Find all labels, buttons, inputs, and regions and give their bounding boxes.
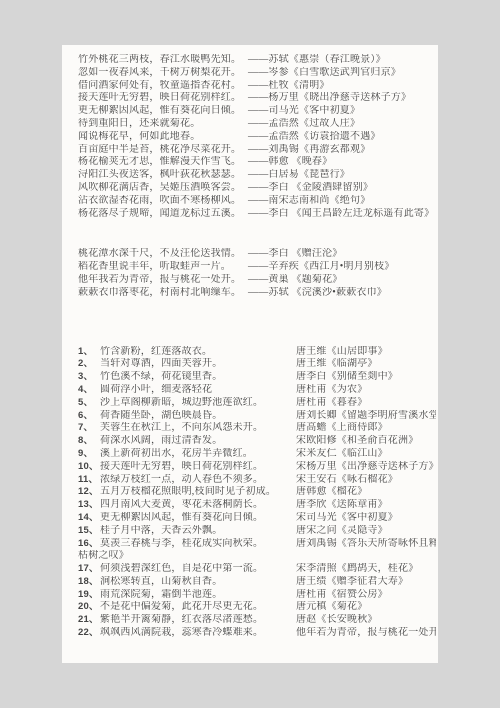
poem-verse: 沾衣欲湿杏花雨，吹面不寒杨柳风。 — [78, 195, 248, 208]
poem-verse: 芙蓉生在秋江上，不向东风怨未开。 — [100, 422, 296, 435]
poem-quote-line: 风吹柳花满店香，吴姬压酒唤客尝。——李白 《金陵酒肆留别》 — [78, 182, 436, 195]
poem-quote-line: 桃花潭水深千尺，不及汪伦送我情。——李白 《赠汪沦》 — [78, 248, 436, 261]
poem-verse: 浓绿万枝红一点，动人春色不须多。 — [100, 474, 296, 487]
poem-verse: 沙上草阁柳新暗，城边野池莲欲红。 — [100, 397, 296, 410]
list-item-number: 18、 — [78, 576, 100, 589]
list-item-number: 14、 — [78, 512, 100, 525]
poem-verse: 当轩对尊酒，四面芙蓉开。 — [100, 358, 296, 371]
poem-attribution: 宋李清照《鹧鸪天，桂花》 — [296, 563, 418, 574]
numbered-poem-line: 12、五月万枝榴花照眼明,枝间时见子初成。唐韩愈《榴花》 — [78, 486, 436, 499]
poem-attribution: 唐王绩《赠李征君大寿》 — [296, 576, 408, 587]
list-item-number: 22、 — [78, 627, 100, 640]
poem-attribution: ——杨万里《晓出净慈寺送林子方》 — [248, 92, 411, 103]
poem-verse: 杨花榆荚无才思，惟解漫天作雪飞。 — [78, 156, 248, 169]
poem-verse: 竹色溪不绿，荷花镜里香。 — [100, 371, 296, 384]
list-item-number: 21、 — [78, 614, 100, 627]
poem-verse: 雨荒深院菊，霜倒半池莲。 — [100, 589, 296, 602]
poem-verse: 待到重阳日，还来就菊花。 — [78, 118, 248, 131]
list-item-number: 7、 — [78, 422, 100, 435]
poem-quote-line: 竹外桃花三两枝，春江水暖鸭先知。——苏轼《惠崇（春江晚景）》 — [78, 54, 436, 67]
poem-verse: 浔阳江头夜送客，枫叶荻花秋瑟瑟。 — [78, 169, 248, 182]
poem-verse: 接天莲叶无穷碧，映日荷花别样红。 — [100, 461, 296, 474]
list-item-number: 5、 — [78, 397, 100, 410]
poem-attribution: 唐宋之问《灵隐寺》 — [296, 525, 388, 536]
poem-verse: 杨花落尽子规啼，闻道龙标过五溪。 — [78, 208, 248, 221]
list-item-number: 20、 — [78, 601, 100, 614]
numbered-poem-line: 4、圆荷浮小叶，细麦落轻花唐杜甫《为农》 — [78, 384, 436, 397]
poem-attribution: 宋王安石《咏石榴花》 — [296, 474, 398, 485]
poem-attribution: ——南宋志南和尚《绝句》 — [248, 195, 370, 206]
numbered-poem-line: 11、浓绿万枝红一点，动人春色不须多。宋王安石《咏石榴花》 — [78, 474, 436, 487]
list-item-number: 3、 — [78, 371, 100, 384]
poem-verse: 何须浅碧深红色，自是花中第一流。 — [100, 563, 296, 576]
poem-quote-line: 杨花榆荚无才思，惟解漫天作雪飞。——韩愈 《晚春》 — [78, 156, 436, 169]
list-item-number: 1、 — [78, 346, 100, 359]
numbered-poem-line: 14、更无柳絮因风起，惟有葵花向日倾。宋司马光《客中初夏》 — [78, 512, 436, 525]
poem-quote-line: 忽如一夜春风来，千树万树梨花开。——岑参《白雪歌送武判官归京》 — [78, 67, 436, 80]
poem-attribution: 唐杜甫《为农》 — [296, 384, 367, 395]
poem-verse: 更无柳絮因风起，惟有葵花向日倾。 — [100, 512, 296, 525]
poem-attribution: 唐元稹《菊花》 — [296, 601, 367, 612]
poem-attribution: ——岑参《白雪歌送武判官归京》 — [248, 67, 401, 78]
poem-quote-line: 浔阳江头夜送客，枫叶荻花秋瑟瑟。——白居易《琵琶行》 — [78, 169, 436, 182]
poem-verse: 莫羡三春桃与李，桂花成实向秋荣。 — [100, 538, 296, 551]
poem-verse: 荷香随坐卧，湖色映晨昏。 — [100, 410, 296, 423]
poem-quote-line: 更无柳絮因风起，惟有葵花向日倾。——司马光《客中初夏》 — [78, 105, 436, 118]
poem-quote-line: 稻花香里说丰年，听取蛙声一片。——辛弃疾《西江月•明月别枝》 — [78, 261, 436, 274]
poem-verse: 蔌蔌衣巾落枣花，村南村北响缫车。 — [78, 287, 248, 300]
numbered-poem-line: 6、荷香随坐卧，湖色映晨昏。唐刘长卿《留题李明府雪溪水堂》 — [78, 410, 436, 423]
poem-verse: 竹含新粉，红莲落故衣。 — [100, 346, 296, 359]
list-item-number: 10、 — [78, 461, 100, 474]
poem-attribution: ——黄巢 《题菊花》 — [248, 274, 343, 285]
poem-quote-line: 沾衣欲湿杏花雨，吹面不寒杨柳风。——南宋志南和尚《绝句》 — [78, 195, 436, 208]
list-item-number: 4、 — [78, 384, 100, 397]
poem-verse: 涧松寒转直，山菊秋自香。 — [100, 576, 296, 589]
poem-verse: 接天莲叶无穷碧，映日荷花别样红。 — [78, 92, 248, 105]
list-item-number: 6、 — [78, 410, 100, 423]
numbered-poem-line: 22、飒飒西风满院栽，蕊寒香冷蝶难来。他年若为青帝，报与桃花一处开。 — [78, 627, 436, 640]
poem-attribution: ——孟浩然《访袁拾遗不遇》 — [248, 131, 381, 142]
numbered-poem-line: 3、竹色溪不绿，荷花镜里香。唐李白《别储至剡中》 — [78, 371, 436, 384]
list-item-number: 11、 — [78, 474, 100, 487]
poem-verse: 溪上新荷初出水，花房半弄微红。 — [100, 448, 296, 461]
poem-attribution: 唐赵《长安晚秋》 — [296, 614, 378, 625]
numbered-poem-line: 13、四月南风大麦黄，枣花未落桐荫长。唐李欣《送陈章甫》 — [78, 499, 436, 512]
numbered-poem-line: 17、何须浅碧深红色，自是花中第一流。宋李清照《鹧鸪天，桂花》 — [78, 563, 436, 576]
poem-verse: 闻说梅花早，何如此地春。 — [78, 131, 248, 144]
numbered-poem-line: 10、接天莲叶无穷碧，映日荷花别样红。宋杨万里《出净慈寺送林子方》 — [78, 461, 436, 474]
scan-background: 竹外桃花三两枝，春江水暖鸭先知。——苏轼《惠崇（春江晚景）》 忽如一夜春风来，千… — [0, 0, 500, 708]
list-item-number: 13、 — [78, 499, 100, 512]
list-item-number: 8、 — [78, 435, 100, 448]
poem-quote-line: 杨花落尽子规啼，闻道龙标过五溪。——李白 《闻王昌龄左迁龙标遥有此寄》 — [78, 208, 436, 221]
poem-quote-line: 接天莲叶无穷碧，映日荷花别样红。——杨万里《晓出净慈寺送林子方》 — [78, 92, 436, 105]
poem-attribution: 唐韩愈《榴花》 — [296, 486, 367, 497]
poem-attribution: ——苏轼《惠崇（春江晚景）》 — [248, 54, 386, 65]
poem-attribution: ——孟浩然《过故人庄》 — [248, 118, 360, 129]
poem-verse: 五月万枝榴花照眼明,枝间时见子初成。 — [100, 486, 296, 499]
poem-verse: 飒飒西风满院栽，蕊寒香冷蝶难来。 — [100, 627, 296, 640]
poem-verse: 风吹柳花满店香，吴姬压酒唤客尝。 — [78, 182, 248, 195]
numbered-poem-line: 5、沙上草阁柳新暗，城边野池莲欲红。唐杜甫《暮春》 — [78, 397, 436, 410]
list-item-number: 17、 — [78, 563, 100, 576]
poem-verse: 借问酒家何处有，牧童遥指杏花村。 — [78, 80, 248, 93]
list-item-number: 2、 — [78, 358, 100, 371]
document-content: 竹外桃花三两枝，春江水暖鸭先知。——苏轼《惠崇（春江晚景）》 忽如一夜春风来，千… — [78, 54, 436, 640]
section-spring-flower-couplets: 竹外桃花三两枝，春江水暖鸭先知。——苏轼《惠崇（春江晚景）》 忽如一夜春风来，千… — [78, 54, 436, 220]
list-item-number: 16、 — [78, 538, 100, 551]
poem-attribution: 唐杜甫《暮春》 — [296, 397, 367, 408]
poem-verse: 忽如一夜春风来，千树万树梨花开。 — [78, 67, 248, 80]
poem-attribution: ——刘禹锡《再游玄都观》 — [248, 144, 370, 155]
list-item-number: 19、 — [78, 589, 100, 602]
poem-quote-line: 他年我若为青帝，报与桃花一处开。——黄巢 《题菊花》 — [78, 274, 436, 287]
list-item-number: 12、 — [78, 486, 100, 499]
numbered-poem-line: 2、当轩对尊酒，四面芙蓉开。唐王维《临湖亭》 — [78, 358, 436, 371]
poem-attribution: 唐李白《别储至剡中》 — [296, 371, 398, 382]
poem-attribution: 宋米友仁《临江山》 — [296, 448, 388, 459]
poem-attribution: 唐王维《山居即事》 — [296, 346, 388, 357]
poem-verse: 枯树之叹》 — [78, 550, 274, 563]
list-item-number: 9、 — [78, 448, 100, 461]
section-flower-couplets-continued: 桃花潭水深千尺，不及汪伦送我情。——李白 《赠汪沦》 稻花香里说丰年，听取蛙声一… — [78, 248, 436, 299]
poem-quote-line: 待到重阳日，还来就菊花。——孟浩然《过故人庄》 — [78, 118, 436, 131]
numbered-poem-line: 18、涧松寒转直，山菊秋自香。唐王绩《赠李征君大寿》 — [78, 576, 436, 589]
numbered-poem-line: 8、荷深水风阔，雨过清香发。宋欧阳修《和圣俞百花洲》 — [78, 435, 436, 448]
numbered-poem-line: 20、不是花中偏爱菊，此花开尽更无花。唐元稹《菊花》 — [78, 601, 436, 614]
poem-verse: 圆荷浮小叶，细麦落轻花 — [100, 384, 296, 397]
poem-attribution: ——李白 《金陵酒肆留别》 — [248, 182, 373, 193]
poem-attribution: ——白居易《琵琶行》 — [248, 169, 350, 180]
poem-verse: 四月南风大麦黄，枣花未落桐荫长。 — [100, 499, 296, 512]
poem-attribution: ——李白 《闻王昌龄左迁龙标遥有此寄》 — [248, 208, 434, 219]
poem-attribution: 宋欧阳修《和圣俞百花洲》 — [296, 435, 418, 446]
numbered-poem-line: 15、桂子月中落，天香云外飘。唐宋之问《灵隐寺》 — [78, 525, 436, 538]
poem-attribution: 宋司马光《客中初夏》 — [296, 512, 398, 523]
numbered-poem-line: 16、莫羡三春桃与李，桂花成实向秋荣。唐刘禹锡《答乐天所寄咏怀且释其 — [78, 538, 436, 551]
poem-attribution: ——韩愈 《晚春》 — [248, 156, 332, 167]
poem-quote-line: 百亩庭中半是苔，桃花净尽菜花开。——刘禹锡《再游玄都观》 — [78, 144, 436, 157]
numbered-poem-line: 1、竹含新粉，红莲落故衣。唐王维《山居即事》 — [78, 346, 436, 359]
poem-quote-line: 蔌蔌衣巾落枣花，村南村北响缫车。——苏轼 《浣溪沙•蔌蔌衣巾》 — [78, 287, 436, 300]
poem-attribution: 唐刘长卿《留题李明府雪溪水堂》 — [296, 410, 436, 421]
poem-attribution: ——苏轼 《浣溪沙•蔌蔌衣巾》 — [248, 287, 387, 298]
numbered-poem-line: 枯树之叹》 — [78, 550, 436, 563]
poem-verse: 桂子月中落，天香云外飘。 — [100, 525, 296, 538]
poem-verse: 荷深水风阔，雨过清香发。 — [100, 435, 296, 448]
poem-verse: 百亩庭中半是苔，桃花净尽菜花开。 — [78, 144, 248, 157]
poem-verse: 他年我若为青帝，报与桃花一处开。 — [78, 274, 248, 287]
poem-attribution: ——辛弃疾《西江月•明月别枝》 — [248, 261, 395, 272]
poem-verse: 桃花潭水深千尺，不及汪伦送我情。 — [78, 248, 248, 261]
poem-attribution: 唐王维《临湖亭》 — [296, 358, 378, 369]
numbered-poem-line: 19、雨荒深院菊，霜倒半池莲。唐杜甫《宿赞公房》 — [78, 589, 436, 602]
poem-attribution: 宋杨万里《出净慈寺送林子方》 — [296, 461, 436, 472]
poem-attribution: 他年若为青帝，报与桃花一处开。 — [296, 627, 436, 638]
poem-verse: 竹外桃花三两枝，春江水暖鸭先知。 — [78, 54, 248, 67]
poem-attribution: ——司马光《客中初夏》 — [248, 105, 360, 116]
poem-verse: 不是花中偏爱菊，此花开尽更无花。 — [100, 601, 296, 614]
numbered-poem-line: 21、紫艳半开篱菊静，红衣落尽渚莲愁。唐赵《长安晚秋》 — [78, 614, 436, 627]
poem-attribution: 唐高蟾《上商侍郎》 — [296, 422, 388, 433]
poem-attribution: 唐杜甫《宿赞公房》 — [296, 589, 388, 600]
poem-quote-line: 借问酒家何处有，牧童遥指杏花村。——杜牧《清明》 — [78, 80, 436, 93]
numbered-poem-line: 7、芙蓉生在秋江上，不向东风怨未开。唐高蟾《上商侍郎》 — [78, 422, 436, 435]
poem-quote-line: 闻说梅花早，何如此地春。——孟浩然《访袁拾遗不遇》 — [78, 131, 436, 144]
poem-verse: 更无柳絮因风起，惟有葵花向日倾。 — [78, 105, 248, 118]
poem-attribution: ——杜牧《清明》 — [248, 80, 330, 91]
poem-attribution: 唐刘禹锡《答乐天所寄咏怀且释其 — [296, 538, 436, 549]
poem-verse: 紫艳半开篱菊静，红衣落尽渚莲愁。 — [100, 614, 296, 627]
poem-attribution: 唐李欣《送陈章甫》 — [296, 499, 388, 510]
poem-verse: 稻花香里说丰年，听取蛙声一片。 — [78, 261, 248, 274]
document-page: 竹外桃花三两枝，春江水暖鸭先知。——苏轼《惠崇（春江晚景）》 忽如一夜春风来，千… — [62, 45, 438, 663]
section-numbered-flower-poems: 1、竹含新粉，红莲落故衣。唐王维《山居即事》 2、当轩对尊酒，四面芙蓉开。唐王维… — [78, 346, 436, 640]
poem-attribution: ——李白 《赠汪沦》 — [248, 248, 343, 259]
list-item-number: 15、 — [78, 525, 100, 538]
numbered-poem-line: 9、溪上新荷初出水，花房半弄微红。宋米友仁《临江山》 — [78, 448, 436, 461]
